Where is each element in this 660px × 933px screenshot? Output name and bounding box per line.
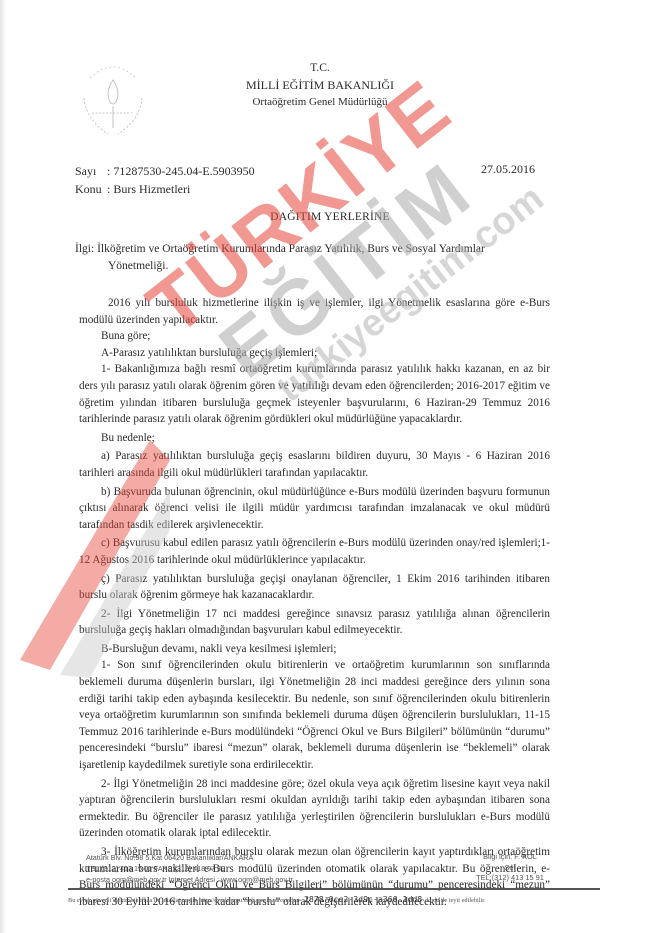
sayi-value: : 71287530-245.04-E.5903950: [107, 164, 255, 178]
footer-divider: [68, 888, 600, 890]
paragraph-buna-gore: Buna göre;: [79, 328, 550, 345]
paragraph-b2: 2- İlgi Yönetmeliğin 28 inci maddesine g…: [79, 776, 550, 842]
ilgi-line2: Yönetmeliği.: [75, 258, 555, 275]
document-body: 2016 yılı bursluluk hizmetlerine ilişkin…: [79, 295, 550, 910]
ilgi-label: İlgi: [75, 241, 91, 258]
ilgi-reference: İlgi: İlköğretim ve Ortaöğretim Kurumlar…: [75, 241, 555, 275]
sayi-label: Sayı: [75, 164, 107, 179]
paragraph-bu-nedenle: Bu nedenle;: [79, 430, 550, 447]
konu-value: : Burs Hizmetleri: [107, 182, 190, 196]
footer-info-name: Bilgi için: F. KOL: [455, 852, 565, 863]
ilgi-line1: : İlköğretim ve Ortaöğretim Kurumlarında…: [91, 243, 485, 255]
esign-code: 2878-0ce2-3d9c-a366-1dd8: [304, 894, 422, 904]
scan-edge: [0, 0, 6, 933]
konu-label: Konu: [75, 182, 107, 197]
footer-phone: TEL:(312) 413 15 01 FAKS:(312) 418 07 39: [86, 863, 293, 874]
header-directorate: Ortaöğretim Genel Müdürlüğü: [220, 94, 420, 110]
konu-row: Konu: Burs Hizmetleri: [75, 182, 190, 197]
footer-info-phone: TEL:(312) 413 15 91: [455, 873, 565, 884]
document-date: 27.05.2016: [481, 162, 535, 177]
paragraph-a1-cc: ç) Parasız yatılılıktan bursluluğa geçiş…: [79, 571, 550, 604]
header-tc: T.C.: [220, 60, 420, 76]
esign-notice: Bu evrak güvenli elektronik imza ile imz…: [68, 894, 628, 904]
paragraph-a1-c: c) Başvurusu kabul edilen parasız yatılı…: [79, 535, 550, 568]
paragraph-a2: 2- İlgi Yönetmeliğin 17 nci maddesi gere…: [79, 606, 550, 639]
addressee: DAĞITIM YERLERİNE: [0, 211, 660, 223]
footer-contact: Atatürk Blv. No:98 5.Kat 06420 Bakanlıkl…: [86, 852, 293, 885]
footer-email: e-posta ogm@meb.gov.tr Internet Adresi :…: [86, 874, 293, 885]
paragraph-b1: 1- Son sınıf öğrencilerinden okulu bitir…: [79, 657, 550, 773]
footer-info: Bilgi için: F. KOL Şef TEL:(312) 413 15 …: [455, 852, 565, 884]
paragraph-a1-a: a) Parasız yatılılıktan bursluluğa geçiş…: [79, 448, 550, 481]
sayi-row: Sayı: 71287530-245.04-E.5903950: [75, 164, 255, 179]
esign-prefix: Bu evrak güvenli elektronik imza ile imz…: [68, 897, 299, 904]
footer-address: Atatürk Blv. No:98 5.Kat 06420 Bakanlıkl…: [86, 852, 293, 863]
esign-suffix: kodu ile teyit edilebilir.: [427, 897, 486, 904]
section-a-heading: A-Parasız yatılılıktan bursluluğa geçiş …: [79, 345, 550, 362]
paragraph-intro: 2016 yılı bursluluk hizmetlerine ilişkin…: [79, 295, 550, 328]
header-ministry: MİLLİ EĞİTİM BAKANLIĞI: [220, 77, 420, 93]
footer-info-title: Şef: [455, 863, 565, 874]
paragraph-a1: 1- Bakanlığımıza bağlı resmî ortaöğretim…: [79, 361, 550, 427]
paragraph-a1-b: b) Başvuruda bulunan öğrencinin, okul mü…: [79, 484, 550, 534]
section-b-heading: B-Bursluğun devamı, nakli veya kesilmesi…: [79, 641, 550, 658]
meb-logo-icon: [78, 58, 148, 138]
